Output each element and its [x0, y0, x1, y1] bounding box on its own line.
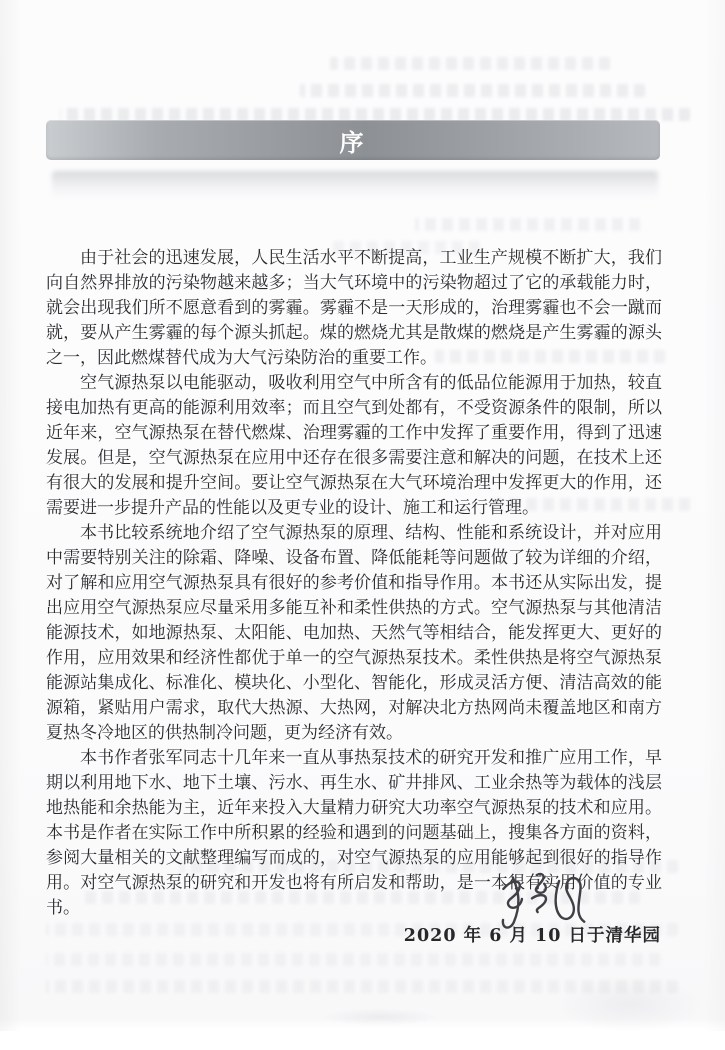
scan-smudge: [555, 975, 705, 1033]
bleedthrough-line: [46, 953, 660, 966]
bleedthrough-line: [300, 84, 645, 97]
scan-smudge: [320, 1008, 440, 1026]
bleedthrough-line: [46, 980, 678, 993]
section-header-bar: 序: [46, 120, 660, 160]
preface-paragraph: 本书比较系统地介绍了空气源热泵的原理、结构、性能和系统设计，并对应用中需要特别关…: [46, 521, 662, 746]
page-bottom-edge: [0, 1031, 725, 1050]
preface-paragraph: 由于社会的迅速发展，人民生活水平不断提高，工业生产规模不断扩大，我们向自然界排放…: [46, 246, 662, 371]
preface-page: 序 由于社会的迅速发展，人民生活水平不断提高，工业生产规模不断扩大，我们向自然界…: [0, 0, 725, 1050]
bleedthrough-line: [415, 218, 640, 231]
date-line: 2020 年 6 月 10 日于清华园: [404, 922, 661, 947]
section-title: 序: [340, 123, 367, 158]
bleedthrough-line: [330, 57, 610, 70]
header-bar-reflection: [52, 171, 658, 199]
preface-paragraph: 空气源热泵以电能驱动，吸收利用空气中所含有的低品位能源用于加热，较直接电加热有更…: [46, 371, 662, 521]
preface-body: 由于社会的迅速发展，人民生活水平不断提高，工业生产规模不断扩大，我们向自然界排放…: [46, 246, 662, 921]
